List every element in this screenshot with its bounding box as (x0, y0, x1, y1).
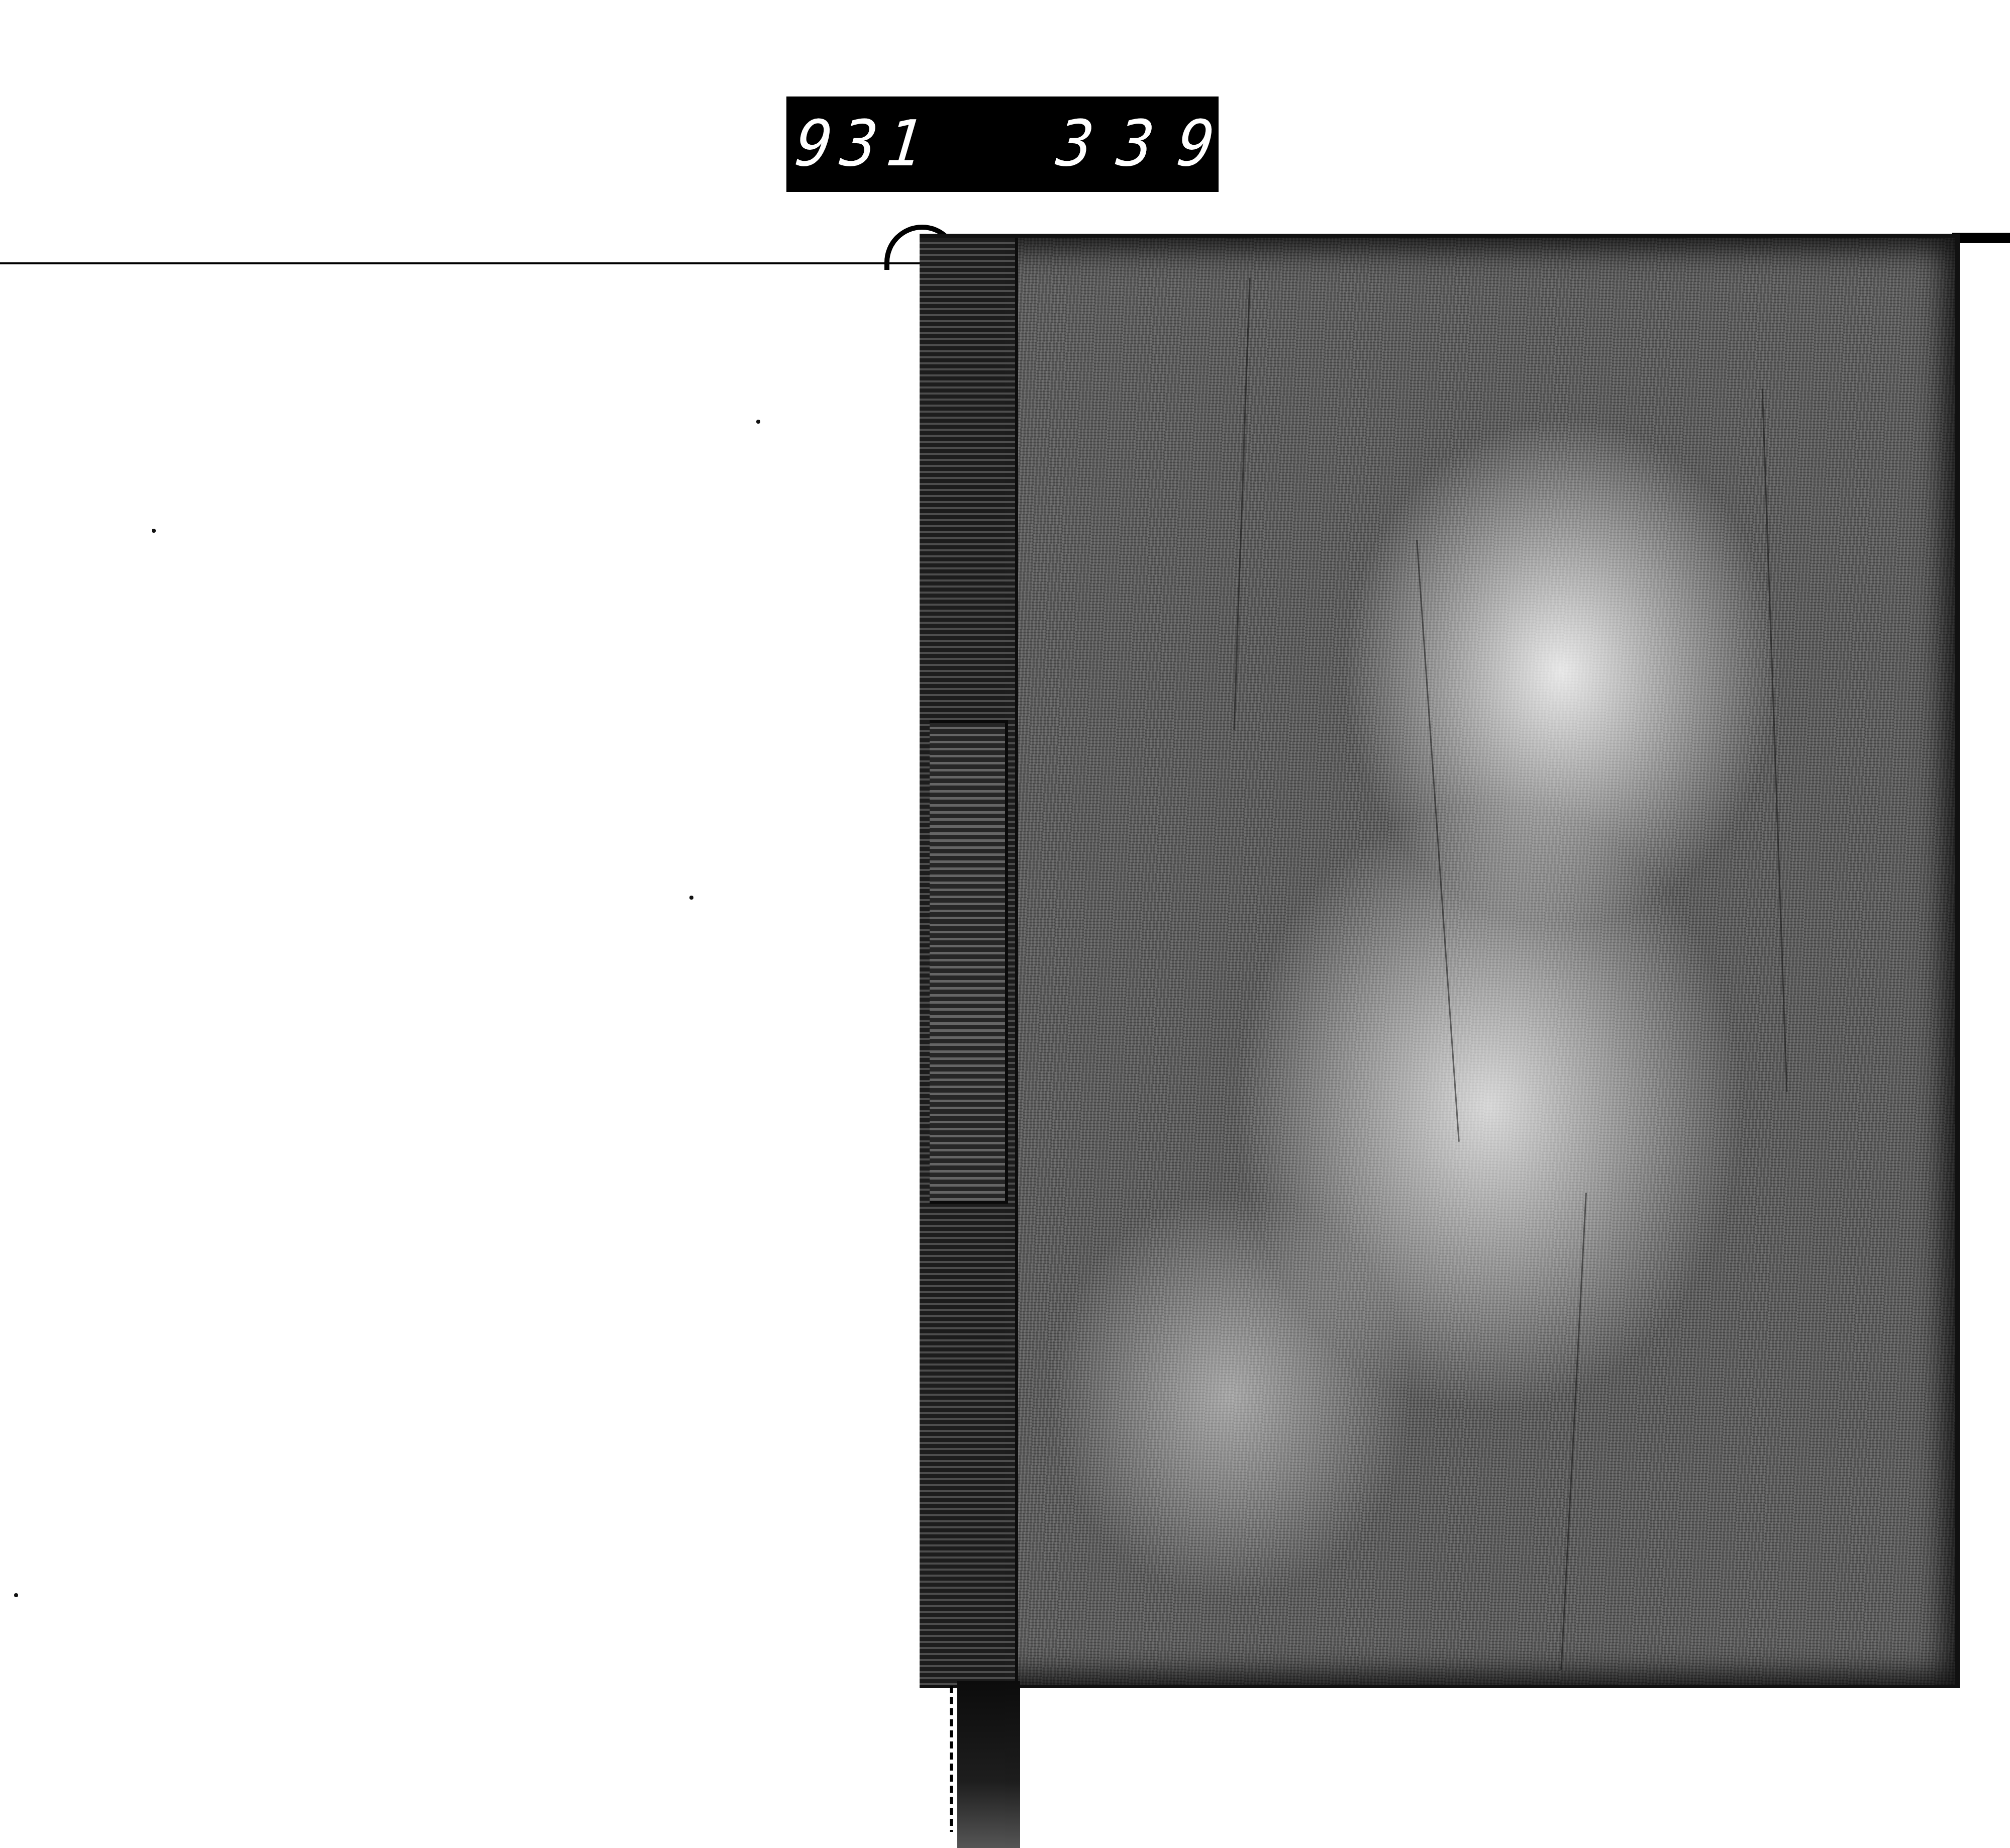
guide-rule-right (1952, 233, 2010, 243)
ribbon-tab-edge (950, 1686, 953, 1832)
catalogue-number-part-b: 3 3 9 . (1053, 114, 1253, 174)
cover-crack (1416, 540, 1460, 1141)
digit: 9 (1170, 113, 1222, 176)
digit: 3 (1110, 113, 1161, 176)
scan-speck (152, 529, 156, 533)
ribbon-tab (957, 1681, 1020, 1848)
catalogue-number-part-a: 9 3 1 (791, 114, 927, 174)
scan-speck (14, 1593, 18, 1597)
digit: 9 (788, 113, 840, 176)
digit: 3 (1049, 113, 1101, 176)
catalogue-number-label: 9 3 1 3 3 9 . (786, 96, 1219, 192)
cover-crack (1762, 388, 1788, 1092)
book-cover (920, 234, 1960, 1688)
guide-rule-left (0, 262, 930, 264)
cover-crack (1233, 278, 1250, 730)
cover-crack (1560, 1193, 1587, 1670)
digit: 3 (833, 113, 885, 176)
scan-speck (756, 420, 760, 424)
digit: 1 (878, 113, 930, 176)
clasp-band (930, 720, 1008, 1204)
scan-speck (689, 896, 693, 900)
label-suffix: . (1225, 113, 1256, 176)
